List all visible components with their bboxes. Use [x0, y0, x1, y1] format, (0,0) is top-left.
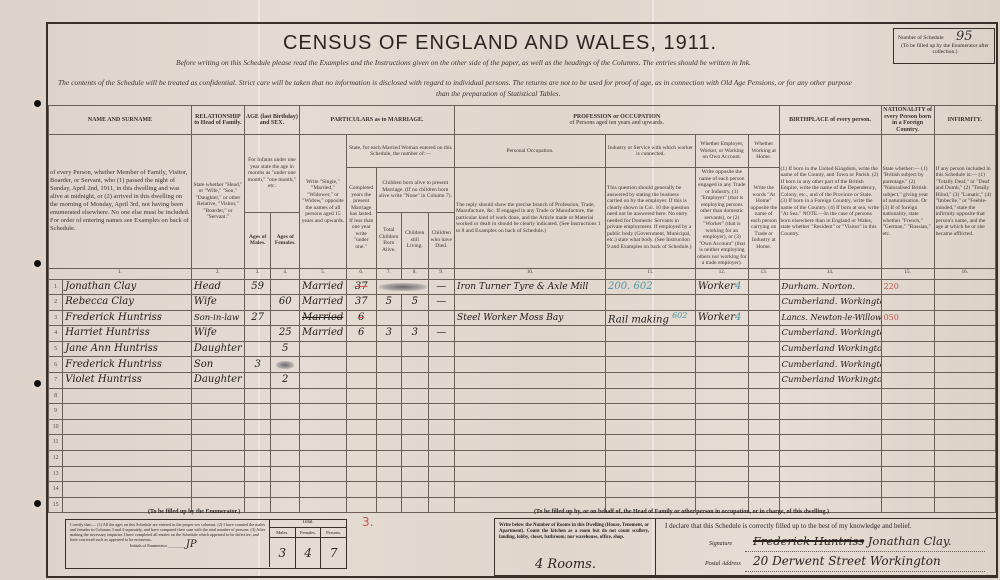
name-instructions: of every Person, whether Member of Famil… [49, 135, 192, 269]
col-num: 7. [376, 268, 402, 279]
marital-condition [299, 373, 346, 389]
schedule-number-box: Number of Schedule 95 (To be filled up b… [893, 28, 995, 64]
birthplace: Durham. Norton. [779, 279, 881, 295]
postal-address: 20 Derwent Street Workington [753, 554, 941, 568]
children-total: 3 [376, 326, 402, 342]
person-name: Jonathan Clay [63, 279, 192, 295]
row-number: 4 [49, 326, 63, 342]
struck-signature: Frederick Huntriss [753, 534, 864, 548]
row-number: 12 [49, 451, 63, 467]
children-living [402, 373, 429, 389]
relationship: Wife [191, 295, 244, 311]
marital-condition: Married [299, 295, 346, 311]
employment-status [695, 357, 748, 373]
age-female: 5 [271, 341, 300, 357]
industry: 200. 602 [606, 279, 696, 295]
confidential-line-2: than the preparation of Statistical Tabl… [436, 89, 560, 98]
header-marriage: PARTICULARS as to MARRIAGE. [299, 106, 454, 135]
totals-box: Total. Males. Females. Persons. 3 4 7 [269, 520, 346, 567]
birthplace: Cumberland. Workington [779, 357, 881, 373]
age-male [244, 373, 271, 389]
employment-status [695, 341, 748, 357]
infirmity-instructions: If any person included in this Schedule … [934, 135, 995, 269]
marriage-years: 37 [346, 295, 376, 311]
females-total: 4 [296, 538, 322, 568]
col-num: 15. [881, 268, 934, 279]
col-num: 1. [49, 268, 192, 279]
children-died: — [428, 295, 455, 311]
binding-hole [34, 260, 41, 267]
table-row: 12 [49, 451, 996, 467]
census-table: NAME AND SURNAME RELATIONSHIP to Head of… [48, 105, 996, 513]
relationship-instructions: State whether "Head," or "Wife," "Son," … [191, 135, 244, 269]
children-living: 5 [402, 295, 429, 311]
marital-condition: Married [299, 279, 346, 295]
red-annotation: 3. [362, 515, 373, 529]
males-total: 3 [270, 538, 296, 568]
nationality-instructions: State whether:— (1) "British subject by … [881, 135, 934, 269]
col-num: 8. [402, 268, 429, 279]
age-female: 60 [271, 295, 300, 311]
children-total [376, 357, 402, 373]
personal-occupation: Iron Turner Tyre & Axle Mill [455, 279, 606, 295]
row-number: 15 [49, 497, 63, 513]
persons-total: 7 [321, 538, 346, 568]
rooms-instruction: Write below the Number of Rooms in this … [499, 523, 649, 541]
industry [606, 295, 696, 311]
col-num: 16. [934, 268, 995, 279]
employment-status [695, 295, 748, 311]
total-children-header: Total Children Born Alive. [376, 212, 402, 268]
row-number: 8 [49, 388, 63, 404]
marriage-years [346, 357, 376, 373]
nationality [881, 326, 934, 342]
children-died: — [428, 279, 455, 295]
table-row: 2 Rebecca Clay Wife 60 Married 37 5 5 — … [49, 295, 996, 311]
table-row: 9 [49, 404, 996, 420]
age-female: 2 [271, 373, 300, 389]
instruction-line: Before writing on this Schedule please r… [176, 58, 751, 67]
industry: Rail making 602 [606, 310, 696, 326]
marriage-years: 6 [346, 310, 376, 326]
children-total: 5 [376, 295, 402, 311]
infirmity [934, 279, 995, 295]
row-number: 13 [49, 466, 63, 482]
persons-label: Persons. [321, 528, 346, 537]
industry [606, 357, 696, 373]
rooms-count: 4 Rooms. [535, 557, 596, 572]
address-line [745, 571, 985, 572]
head-declaration-box: Write below the Number of Rooms in this … [494, 518, 998, 576]
person-name: Violet Huntriss [63, 373, 192, 389]
marriage-condition-instructions: Write "Single," "Married," "Widower," or… [299, 135, 346, 269]
infirmity [934, 310, 995, 326]
col-num: 5. [299, 268, 346, 279]
age-male: 27 [244, 310, 271, 326]
personal-occupation [455, 341, 606, 357]
birthplace: Lancs. Newton-le-Willows [779, 310, 881, 326]
infirmity [934, 341, 995, 357]
children-living [402, 341, 429, 357]
nationality [881, 373, 934, 389]
signature: Frederick Huntriss Jonathan Clay. [753, 534, 952, 548]
industry-instructions: This question should generally be answer… [606, 168, 696, 269]
table-row: 14 [49, 482, 996, 498]
row-number: 14 [49, 482, 63, 498]
col-num: 13. [748, 268, 779, 279]
employment-status [695, 373, 748, 389]
infirmity [934, 295, 995, 311]
age-female [271, 279, 300, 295]
children-living [402, 310, 429, 326]
personal-occupation [455, 357, 606, 373]
row-number: 6 [49, 357, 63, 373]
children-died: — [428, 326, 455, 342]
children-total [376, 341, 402, 357]
industry [606, 341, 696, 357]
birthplace-instructions: (1) If born in the United Kingdom, write… [779, 135, 881, 269]
col-num: 2. [191, 268, 244, 279]
col-num: 14. [779, 268, 881, 279]
age-instructions: For Infants under one year state the age… [244, 135, 299, 213]
nationality [881, 341, 934, 357]
enumerator-section-title: (To be filled up by the Enumerator.) [148, 509, 240, 515]
working-at-home [748, 357, 779, 373]
marriage-years [346, 373, 376, 389]
table-row: 8 [49, 388, 996, 404]
smudge-mark [276, 361, 294, 369]
table-row: 6 Frederick Huntriss Son 3 Cumberland. W… [49, 357, 996, 373]
table-row: 13 [49, 466, 996, 482]
enumerator-initials: JP [186, 539, 197, 550]
binding-hole [34, 500, 41, 507]
children-note: Children born alive to present Marriage.… [376, 168, 455, 213]
relationship: Daughter [191, 341, 244, 357]
header-infirmity: INFIRMITY. [934, 106, 995, 135]
age-female: 25 [271, 326, 300, 342]
infirmity [934, 373, 995, 389]
employer-header: Whether Employer, Worker, or Working on … [695, 135, 748, 168]
ages-males-header: Ages of Males. [244, 212, 271, 268]
col-num: 12. [695, 268, 748, 279]
address-label: Postal Address [705, 561, 741, 567]
relationship: Wife [191, 326, 244, 342]
enumerator-certification: I certify that:— (1) All the ages on thi… [70, 522, 266, 548]
relationship: Daughter [191, 373, 244, 389]
nationality: 050 [881, 310, 934, 326]
col-num: 10. [455, 268, 606, 279]
header-relationship: RELATIONSHIP to Head of Family. [191, 106, 244, 135]
relationship: Son-in-law [191, 310, 244, 326]
employer-instructions: Write opposite the name of each person e… [695, 168, 748, 269]
confidential-line: The contents of the Schedule will be tre… [58, 78, 852, 87]
person-name: Jane Ann Huntriss [63, 341, 192, 357]
marital-condition: Married [299, 310, 346, 326]
header-name: NAME AND SURNAME [49, 106, 192, 135]
children-died [428, 341, 455, 357]
row-number: 9 [49, 404, 63, 420]
males-label: Males. [270, 528, 296, 537]
schedule-number-value: 95 [956, 29, 973, 44]
employment-status: Worker4 [695, 310, 748, 326]
row-number: 11 [49, 435, 63, 451]
children-died [428, 310, 455, 326]
birthplace: Cumberland. Workington [779, 295, 881, 311]
children-living: 3 [402, 326, 429, 342]
head-section-title: (To be filled up by, or on behalf of, th… [534, 509, 829, 515]
totals-label: Total. [270, 520, 346, 528]
personal-occupation: Steel Worker Moss Bay [455, 310, 606, 326]
infirmity [934, 326, 995, 342]
relationship: Son [191, 357, 244, 373]
head-signature: Jonathan Clay. [868, 534, 952, 548]
employment-status [695, 326, 748, 342]
working-at-home [748, 326, 779, 342]
page-title: CENSUS OF ENGLAND AND WALES, 1911. [0, 32, 1000, 55]
relationship: Head [191, 279, 244, 295]
age-male [244, 326, 271, 342]
nationality [881, 295, 934, 311]
row-number: 2 [49, 295, 63, 311]
col-num: 11. [606, 268, 696, 279]
personal-occupation-instructions: The reply should show the precise branch… [455, 168, 606, 269]
children-died [428, 357, 455, 373]
binding-hole [34, 100, 41, 107]
children-living [402, 357, 429, 373]
person-name: Rebecca Clay [63, 295, 192, 311]
ink-smudge [376, 279, 428, 295]
children-total [376, 373, 402, 389]
marriage-years [346, 341, 376, 357]
age-female [271, 310, 300, 326]
col-num: 3. [244, 268, 271, 279]
infirmity [934, 357, 995, 373]
age-male: 59 [244, 279, 271, 295]
birthplace: Cumberland Workington [779, 341, 881, 357]
birthplace: Cumberland. Workington [779, 326, 881, 342]
schedule-number-label: Number of Schedule [898, 35, 944, 41]
row-number: 10 [49, 419, 63, 435]
row-number: 5 [49, 341, 63, 357]
industry [606, 326, 696, 342]
nationality [881, 357, 934, 373]
employment-status: Worker4 [695, 279, 748, 295]
working-at-home [748, 295, 779, 311]
declaration-text: I declare that this Schedule is correctl… [665, 522, 912, 530]
signature-line [745, 551, 985, 552]
person-name: Harriet Huntriss [63, 326, 192, 342]
header-occupation: PROFESSION or OCCUPATIONof Persons aged … [455, 106, 780, 135]
table-row: 4 Harriet Huntriss Wife 25 Married 6 3 3… [49, 326, 996, 342]
schedule-number-note: (To be filled up by the Enumerator after… [898, 43, 992, 55]
marital-condition [299, 341, 346, 357]
nationality: 220 [881, 279, 934, 295]
table-row: 11 [49, 435, 996, 451]
working-at-home [748, 341, 779, 357]
industry [606, 373, 696, 389]
home-header: Whether Working at Home. [748, 135, 779, 168]
smudge-mark [379, 283, 427, 291]
table-row: 7 Violet Huntriss Daughter 2 Cumberland … [49, 373, 996, 389]
married-woman-instructions: State, for each Married Woman entered on… [346, 135, 454, 168]
marriage-years: 37 [346, 279, 376, 295]
marital-condition: Married [299, 326, 346, 342]
enumerator-box: I certify that:— (1) All the ages on thi… [65, 519, 347, 569]
header-birthplace: BIRTHPLACE of every person. [779, 106, 881, 135]
row-number: 3 [49, 310, 63, 326]
children-living-header: Children still Living. [402, 212, 429, 268]
personal-occupation [455, 326, 606, 342]
children-total [376, 310, 402, 326]
working-at-home [748, 279, 779, 295]
marriage-years-header: Completed years the present Marriage has… [346, 168, 376, 269]
col-num: 4. [271, 268, 300, 279]
personal-occupation-header: Personal Occupation. [455, 135, 606, 168]
industry-header: Industry or Service with which worker is… [606, 135, 696, 168]
personal-occupation [455, 373, 606, 389]
header-nationality: NATIONALITY of every Person born in a Fo… [881, 106, 934, 135]
person-name: Frederick Huntriss [63, 310, 192, 326]
working-at-home [748, 373, 779, 389]
table-row: 1 Jonathan Clay Head 59 Married 37 — Iro… [49, 279, 996, 295]
birthplace: Cumberland Workington. [779, 373, 881, 389]
age-male: 3 [244, 357, 271, 373]
age-female [271, 357, 300, 373]
ages-females-header: Ages of Females. [271, 212, 300, 268]
table-row: 5 Jane Ann Huntriss Daughter 5 Cumberlan… [49, 341, 996, 357]
personal-occupation [455, 295, 606, 311]
marriage-years: 6 [346, 326, 376, 342]
females-label: Females. [296, 528, 322, 537]
col-num: 6. [346, 268, 376, 279]
home-instructions: Write the words "At Home" opposite the n… [748, 168, 779, 269]
age-male [244, 341, 271, 357]
children-died [428, 373, 455, 389]
table-row: 10 [49, 419, 996, 435]
divider [655, 519, 656, 575]
binding-hole [34, 380, 41, 387]
row-number: 1 [49, 279, 63, 295]
age-male [244, 295, 271, 311]
person-name: Frederick Huntriss [63, 357, 192, 373]
row-number: 7 [49, 373, 63, 389]
children-died-header: Children who have Died. [428, 212, 455, 268]
marital-condition [299, 357, 346, 373]
signature-label: Signature [709, 541, 732, 547]
table-row: 3 Frederick Huntriss Son-in-law 27 Marri… [49, 310, 996, 326]
working-at-home [748, 310, 779, 326]
header-age: AGE (last Birthday) and SEX. [244, 106, 299, 135]
col-num: 9. [428, 268, 455, 279]
